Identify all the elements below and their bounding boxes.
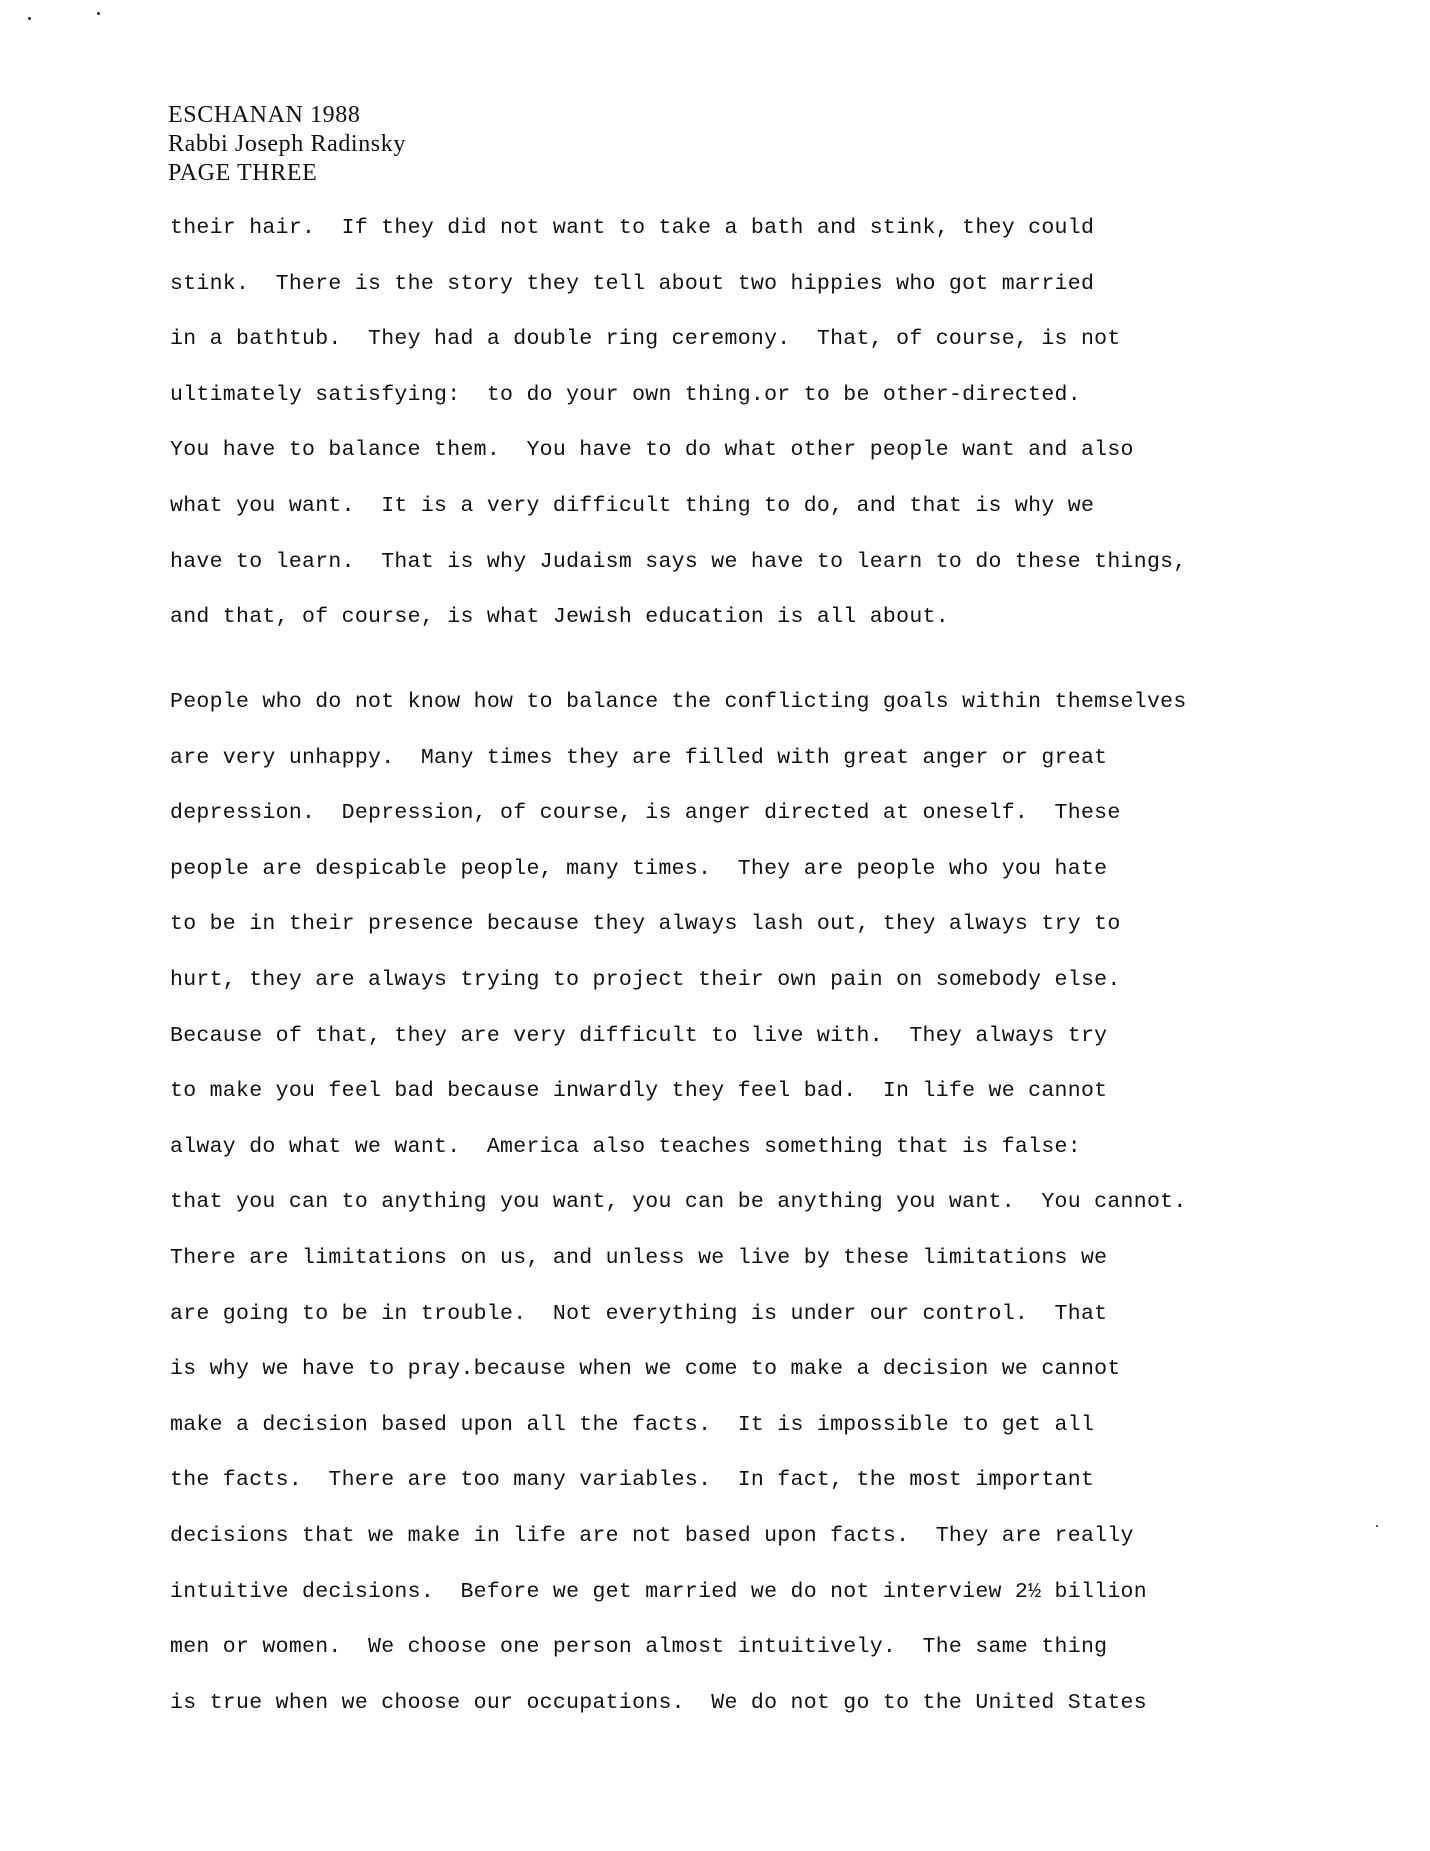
text-line: in a bathtub. They had a double ring cer…: [170, 312, 1187, 368]
text-line: intuitive decisions. Before we get marri…: [170, 1565, 1187, 1621]
text-line: is why we have to pray.because when we c…: [170, 1342, 1187, 1398]
document-title: ESCHANAN 1988: [168, 101, 406, 130]
document-author: Rabbi Joseph Radinsky: [168, 130, 406, 159]
text-line: ultimately satisfying: to do your own th…: [170, 368, 1187, 424]
text-line: alway do what we want. America also teac…: [170, 1120, 1187, 1176]
text-line: Because of that, they are very difficult…: [170, 1009, 1187, 1065]
page-label: PAGE THREE: [168, 159, 406, 188]
text-line: hurt, they are always trying to project …: [170, 953, 1187, 1009]
text-line: what you want. It is a very difficult th…: [170, 479, 1187, 535]
text-line: to make you feel bad because inwardly th…: [170, 1064, 1187, 1120]
text-line: depression. Depression, of course, is an…: [170, 786, 1187, 842]
text-line: have to learn. That is why Judaism says …: [170, 535, 1187, 591]
text-line: people are despicable people, many times…: [170, 842, 1187, 898]
text-line: to be in their presence because they alw…: [170, 897, 1187, 953]
text-line: their hair. If they did not want to take…: [170, 201, 1187, 257]
text-line: men or women. We choose one person almos…: [170, 1620, 1187, 1676]
text-line: There are limitations on us, and unless …: [170, 1231, 1187, 1287]
scan-speck: [28, 17, 31, 20]
text-line: and that, of course, is what Jewish educ…: [170, 590, 1187, 646]
document-header: ESCHANAN 1988 Rabbi Joseph Radinsky PAGE…: [168, 101, 406, 188]
paragraph-2: People who do not know how to balance th…: [170, 675, 1187, 1731]
text-line: is true when we choose our occupations. …: [170, 1676, 1187, 1732]
text-line: are very unhappy. Many times they are fi…: [170, 731, 1187, 787]
text-line: People who do not know how to balance th…: [170, 675, 1187, 731]
scan-speck: [1376, 1525, 1378, 1527]
paragraph-1: their hair. If they did not want to take…: [170, 201, 1187, 646]
scan-speck: [97, 12, 100, 15]
text-line: that you can to anything you want, you c…: [170, 1175, 1187, 1231]
text-line: the facts. There are too many variables.…: [170, 1453, 1187, 1509]
text-line: stink. There is the story they tell abou…: [170, 257, 1187, 313]
text-line: You have to balance them. You have to do…: [170, 423, 1187, 479]
text-line: are going to be in trouble. Not everythi…: [170, 1287, 1187, 1343]
text-line: decisions that we make in life are not b…: [170, 1509, 1187, 1565]
text-line: make a decision based upon all the facts…: [170, 1398, 1187, 1454]
